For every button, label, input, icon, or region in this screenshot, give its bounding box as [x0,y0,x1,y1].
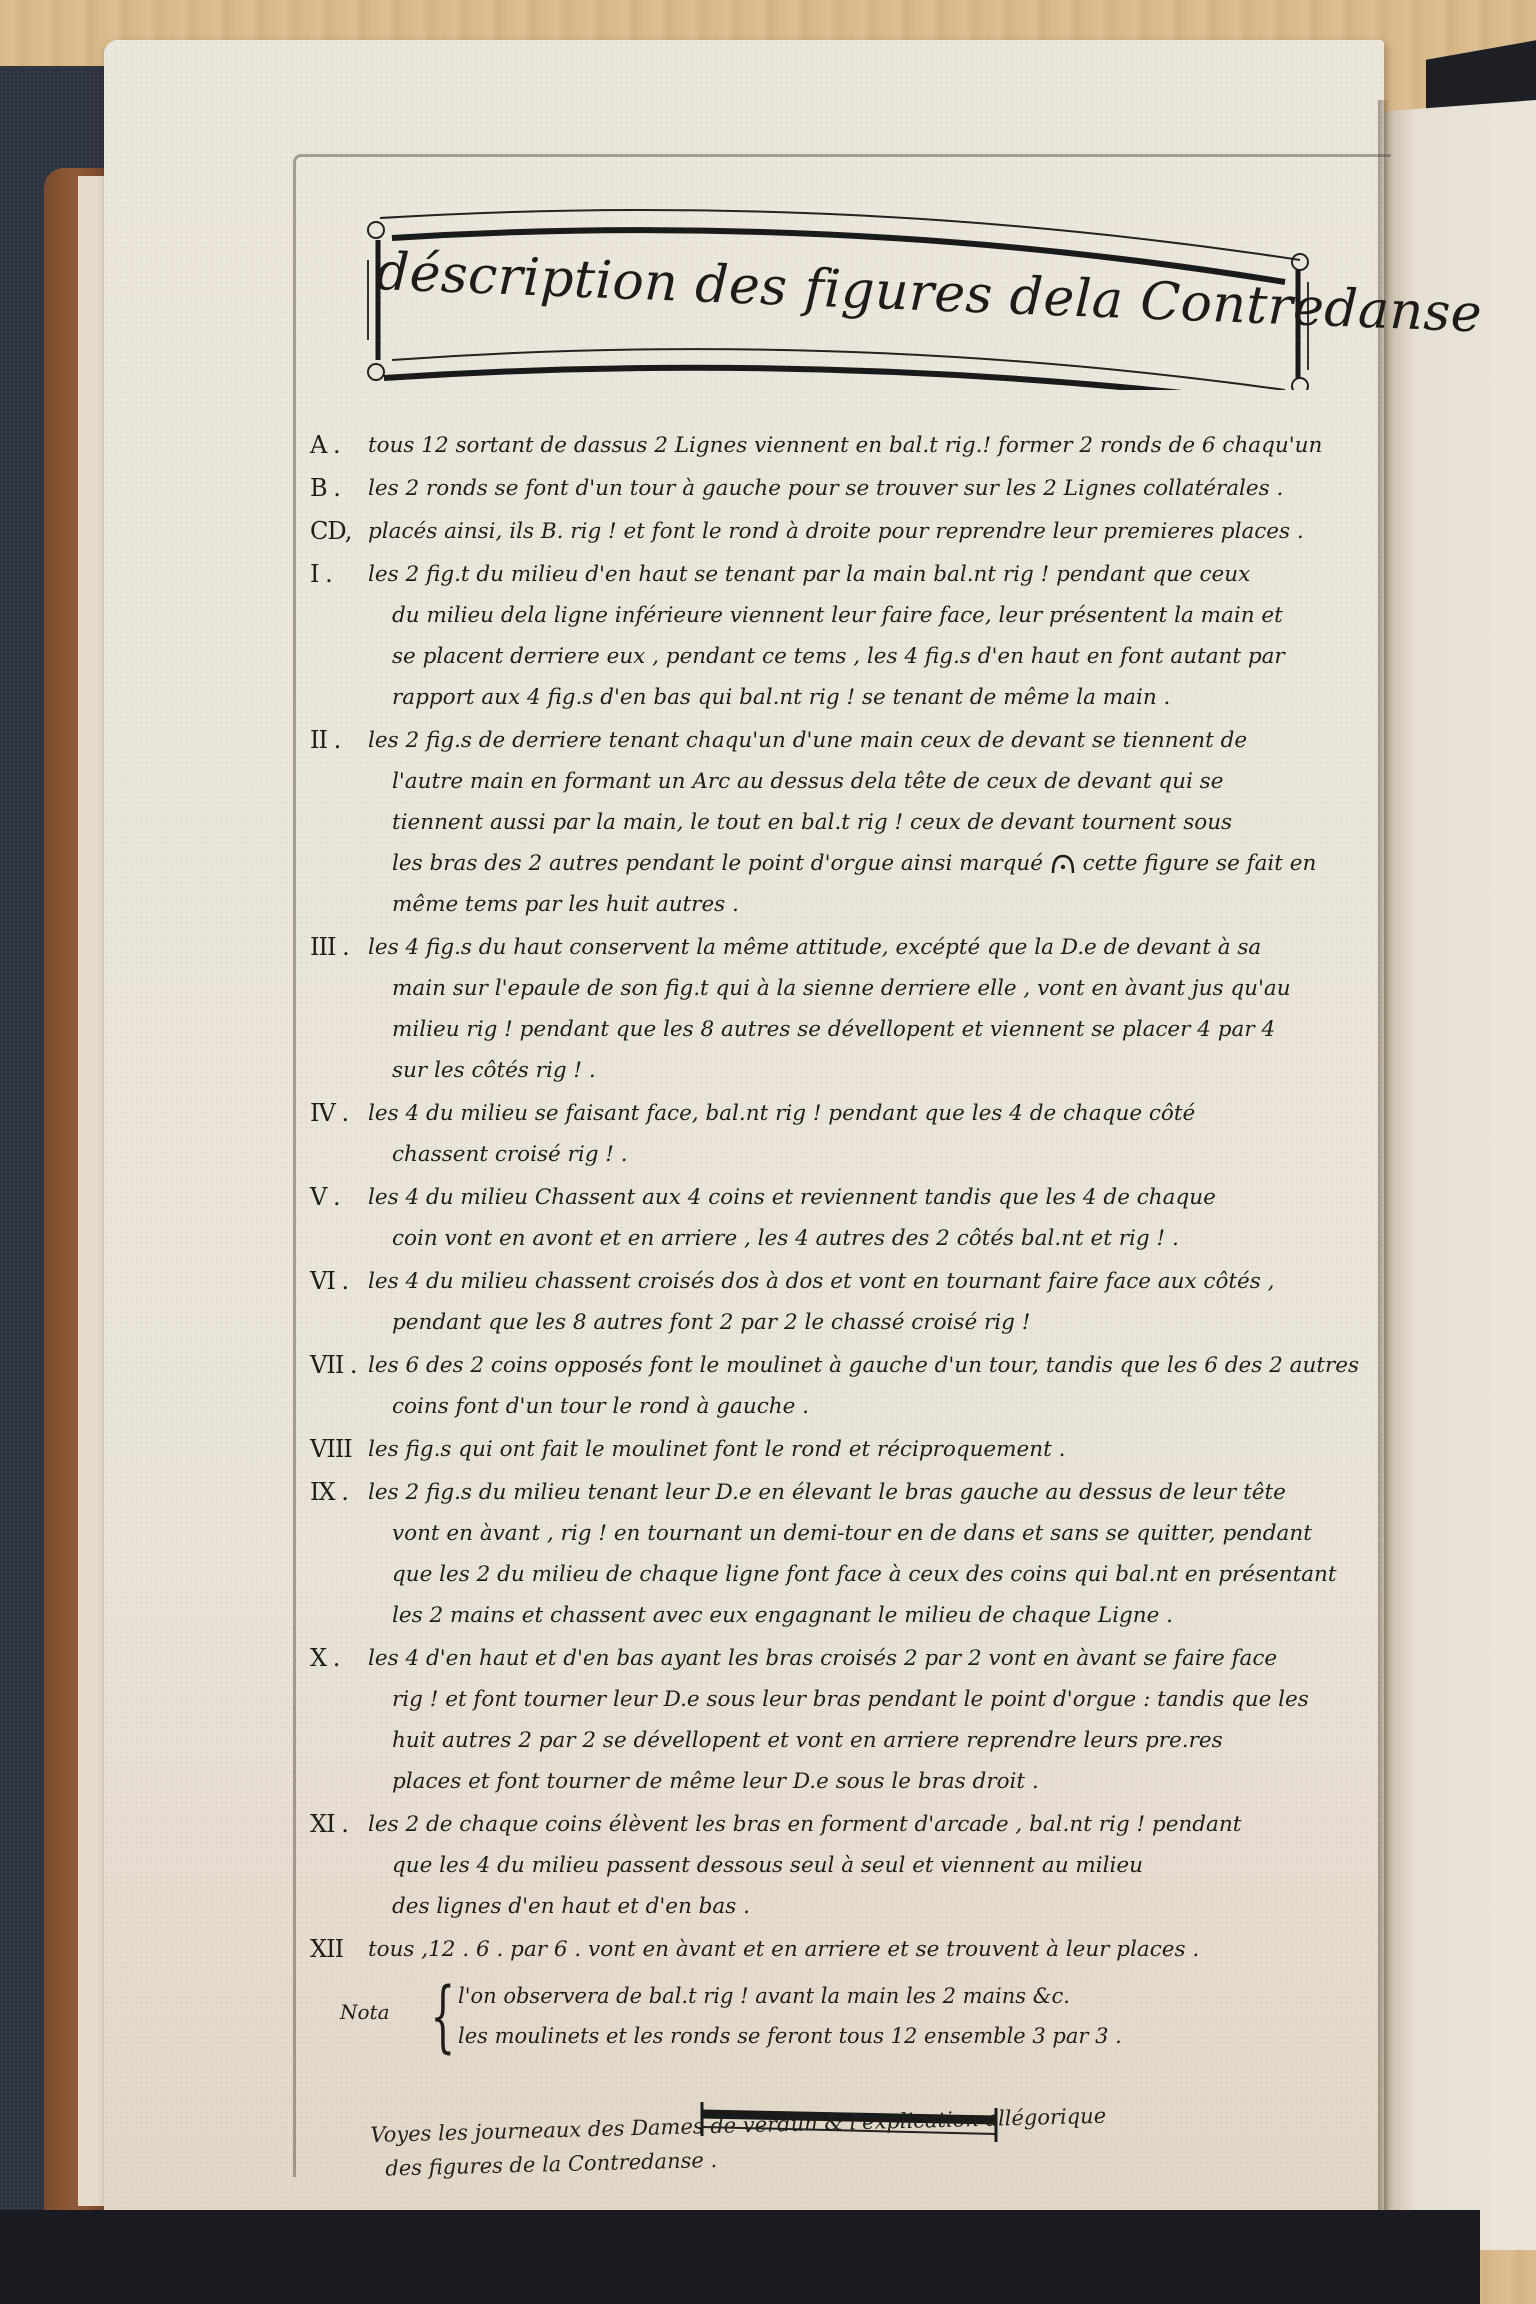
entry-I: I . les 2 fig.t du milieu d'en haut se t… [310,554,1390,718]
entry-label: B . [310,468,368,509]
entry-line: main sur l'epaule de son fig.t qui à la … [368,968,1382,1009]
entry-line: tous ,12 . 6 . par 6 . vont en àvant et … [368,1929,1382,1970]
entry-line: tiennent aussi par la main, le tout en b… [368,802,1382,843]
entry-line: pendant que les 8 autres font 2 par 2 le… [368,1302,1382,1343]
entry-line: que les 2 du milieu de chaque ligne font… [368,1554,1382,1595]
entry-III: III . les 4 fig.s du haut conservent la … [310,927,1390,1091]
entry-label: III . [310,927,368,1091]
entry-line: les 4 fig.s du haut conservent la même a… [368,927,1382,968]
entry-line: que les 4 du milieu passent dessous seul… [368,1845,1382,1886]
entry-line: coin vont en avont et en arriere , les 4… [368,1218,1382,1259]
entry-CD: CD, placés ainsi, ils B. rig ! et font l… [310,511,1390,552]
entry-IX: IX . les 2 fig.s du milieu tenant leur D… [310,1472,1390,1636]
entry-IV: IV . les 4 du milieu se faisant face, ba… [310,1093,1390,1175]
entry-line: les 2 fig.s du milieu tenant leur D.e en… [368,1472,1382,1513]
entry-line: rig ! et font tourner leur D.e sous leur… [368,1679,1382,1720]
nota-line: l'on observera de bal.t rig ! avant la m… [458,1976,1122,2016]
entry-line: les 4 du milieu se faisant face, bal.nt … [368,1093,1382,1134]
entry-label: VI . [310,1261,368,1343]
entry-label: XII [310,1929,368,1970]
entry-line: les 2 de chaque coins élèvent les bras e… [368,1804,1382,1845]
entry-line: du milieu dela ligne inférieure viennent… [368,595,1382,636]
entry-label: IX . [310,1472,368,1636]
entry-line: milieu rig ! pendant que les 8 autres se… [368,1009,1382,1050]
entry-line: coins font d'un tour le rond à gauche . [368,1386,1382,1427]
entry-label: XI . [310,1804,368,1927]
entry-B: B . les 2 ronds se font d'un tour à gauc… [310,468,1390,509]
entry-line: les 2 fig.t du milieu d'en haut se tenan… [368,554,1382,595]
entry-label: V . [310,1177,368,1259]
title-cartouche: déscription des figures dela Contredanse [340,200,1340,390]
entry-line: sur les côtés rig ! . [368,1050,1382,1091]
entry-line: les 4 du milieu chassent croisés dos à d… [368,1261,1382,1302]
entry-line: huit autres 2 par 2 se dévellopent et vo… [368,1720,1382,1761]
entry-V: V . les 4 du milieu Chassent aux 4 coins… [310,1177,1390,1259]
facing-page-right [1376,100,1536,2250]
entry-line: les 2 fig.s de derriere tenant chaqu'un … [368,720,1382,761]
entry-line: places et font tourner de même leur D.e … [368,1761,1382,1802]
entry-line: tous 12 sortant de dassus 2 Lignes vienn… [368,425,1382,466]
entry-X: X . les 4 d'en haut et d'en bas ayant le… [310,1638,1390,1802]
fermata-icon [1050,853,1076,875]
entry-label: VIII [310,1429,368,1470]
entry-label: I . [310,554,368,718]
entry-line: placés ainsi, ils B. rig ! et font le ro… [368,511,1382,552]
entry-XI: XI . les 2 de chaque coins élèvent les b… [310,1804,1390,1927]
entry-line: même tems par les huit autres . [368,884,1382,925]
entry-label: VII . [310,1345,368,1427]
dark-cloth-bottom [0,2210,1480,2304]
entry-VII: VII . les 6 des 2 coins opposés font le … [310,1345,1390,1427]
entry-line: se placent derriere eux , pendant ce tem… [368,636,1382,677]
entry-II: II . les 2 fig.s de derriere tenant chaq… [310,720,1390,925]
nota-section: Nota { l'on observera de bal.t rig ! ava… [340,1970,1340,2070]
entry-line: les 2 mains et chassent avec eux engagna… [368,1595,1382,1636]
entry-line: chassent croisé rig ! . [368,1134,1382,1175]
nota-line: les moulinets et les ronds se feront tou… [458,2016,1122,2056]
entry-line: les 2 ronds se font d'un tour à gauche p… [368,468,1382,509]
entry-line: des lignes d'en haut et d'en bas . [368,1886,1382,1927]
nota-label: Nota [340,1992,390,2032]
entry-line: les bras des 2 autres pendant le point d… [368,843,1382,884]
entry-line: les fig.s qui ont fait le moulinet font … [368,1429,1382,1470]
entry-label: IV . [310,1093,368,1175]
entry-VI: VI . les 4 du milieu chassent croisés do… [310,1261,1390,1343]
entry-line: les 4 d'en haut et d'en bas ayant les br… [368,1638,1382,1679]
entry-label: CD, [310,511,368,552]
entry-line: les 6 des 2 coins opposés font le moulin… [368,1345,1382,1386]
entry-A: A . tous 12 sortant de dassus 2 Lignes v… [310,425,1390,466]
brace-icon: { [430,1978,455,2056]
entry-VIII: VIII les fig.s qui ont fait le moulinet … [310,1429,1390,1470]
entry-label: X . [310,1638,368,1802]
entry-line: les 4 du milieu Chassent aux 4 coins et … [368,1177,1382,1218]
entry-line: l'autre main en formant un Arc au dessus… [368,761,1382,802]
entry-line: vont en àvant , rig ! en tournant un dem… [368,1513,1382,1554]
entry-label: II . [310,720,368,925]
entry-line: rapport aux 4 fig.s d'en bas qui bal.nt … [368,677,1382,718]
entry-XII: XII tous ,12 . 6 . par 6 . vont en àvant… [310,1929,1390,1970]
entry-label: A . [310,425,368,466]
figure-descriptions: A . tous 12 sortant de dassus 2 Lignes v… [310,425,1390,1972]
